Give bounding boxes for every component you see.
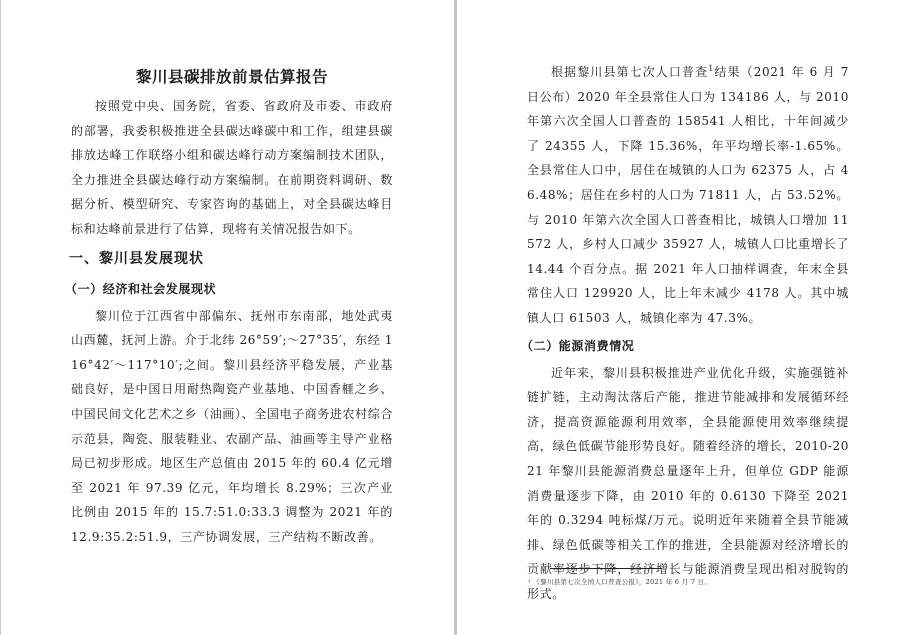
subsection-heading-energy-consumption: （二）能源消费情况 xyxy=(521,333,849,359)
population-text-start: 根据黎川县第七次人口普查 xyxy=(551,65,708,79)
footnote-separator xyxy=(550,568,662,569)
section-heading-development-status: 一、黎川县发展现状 xyxy=(69,244,393,274)
population-paragraph: 根据黎川县第七次人口普查1结果（2021 年 6 月 7 日公布）2020 年全… xyxy=(527,60,849,331)
intro-paragraph: 按照党中央、国务院，省委、省政府及市委、市政府的部署，我委积极推进全县碳达峰碳中… xyxy=(71,94,393,242)
document-title: 黎川县碳排放前景估算报告 xyxy=(71,64,393,94)
document-page-right: 根据黎川县第七次人口普查1结果（2021 年 6 月 7 日公布）2020 年全… xyxy=(457,0,911,635)
economy-paragraph: 黎川位于江西省中部偏东、抚州市东南部，地处武夷山西麓，抚河上游。介于北纬 26°… xyxy=(71,304,393,550)
energy-paragraph: 近年来，黎川县积极推进产业优化升级，实施强链补链扩链，主动淘汰落后产能，推进节能… xyxy=(527,361,849,607)
document-page-left: 黎川县碳排放前景估算报告 按照党中央、国务院，省委、省政府及市委、市政府的部署，… xyxy=(1,0,454,635)
page-left-content: 黎川县碳排放前景估算报告 按照党中央、国务院，省委、省政府及市委、市政府的部署，… xyxy=(71,64,393,550)
population-text-rest: 结果（2021 年 6 月 7 日公布）2020 年全县常住人口为 134186… xyxy=(527,65,849,325)
footnote-text: ¹ 《黎川县第七次全国人口普查公报》，2021 年 6 月 7 日。 xyxy=(528,577,711,586)
subsection-heading-economy-society: （一）经济和社会发展现状 xyxy=(65,276,393,302)
page-right-content: 根据黎川县第七次人口普查1结果（2021 年 6 月 7 日公布）2020 年全… xyxy=(527,60,849,606)
